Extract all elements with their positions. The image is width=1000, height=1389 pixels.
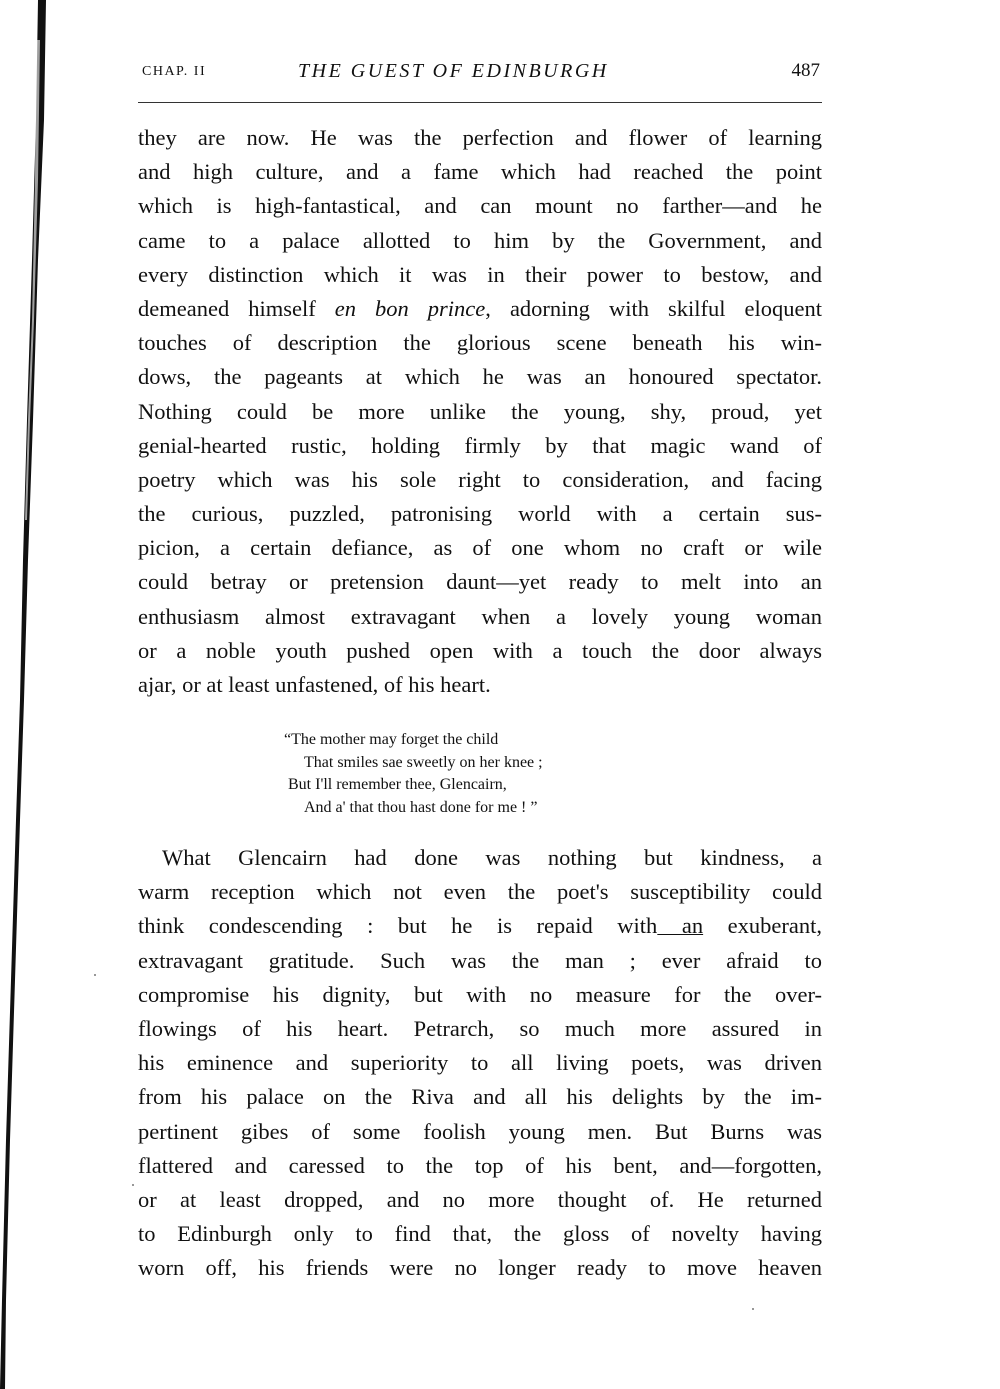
text-line: or at least dropped, and no more thought… xyxy=(138,1183,822,1217)
text-line: they are now. He was the perfection and … xyxy=(138,121,822,155)
text-line: flattered and caressed to the top of his… xyxy=(138,1149,822,1183)
text-run: think condescending : but he is repaid w… xyxy=(138,913,657,938)
text-line: genial-hearted rustic, holding firmly by… xyxy=(138,429,822,463)
text-line: could betray or pretension daunt—yet rea… xyxy=(138,565,822,599)
page-binding-edge xyxy=(0,0,60,1389)
text-run: demeaned himself xyxy=(138,296,335,321)
scan-speck xyxy=(752,1308,754,1310)
verse-line: But I'll remember thee, Glencairn, xyxy=(284,774,543,797)
running-head: CHAP. II THE GUEST OF EDINBURGH 487 xyxy=(138,58,822,92)
verse-quotation: “The mother may forget the child That sm… xyxy=(284,729,543,819)
text-line: every distinction which it was in their … xyxy=(138,258,822,292)
text-line: the curious, puzzled, patronising world … xyxy=(138,497,822,531)
paragraph-1: they are now. He was the perfection and … xyxy=(138,121,822,702)
text-line: extravagant gratitude. Such was the man … xyxy=(138,944,822,978)
text-line: picion, a certain defiance, as of one wh… xyxy=(138,531,822,565)
text-line: touches of description the glorious scen… xyxy=(138,326,822,360)
page-number: 487 xyxy=(792,60,821,82)
scan-speck xyxy=(94,974,96,976)
text-line-with-mark: think condescending : but he is repaid w… xyxy=(138,909,822,943)
text-line: Nothing could be more unlike the young, … xyxy=(138,395,822,429)
text-line: came to a palace allotted to him by the … xyxy=(138,224,822,258)
text-line: flowings of his heart. Petrarch, so much… xyxy=(138,1012,822,1046)
underlined-word: an xyxy=(657,913,703,938)
text-line-with-italic: demeaned himself en bon prince, adorning… xyxy=(138,292,822,326)
verse-line: And a' that thou hast done for me ! ” xyxy=(284,797,543,820)
text-run: , adorning with skilful eloquent xyxy=(485,296,822,321)
text-line: ajar, or at least unfastened, of his hea… xyxy=(138,668,822,702)
text-line: his eminence and superiority to all livi… xyxy=(138,1046,822,1080)
text-line: worn off, his friends were no longer rea… xyxy=(138,1251,822,1285)
text-line: and high culture, and a fame which had r… xyxy=(138,155,822,189)
text-line: compromise his dignity, but with no meas… xyxy=(138,978,822,1012)
verse-line: That smiles sae sweetly on her knee ; xyxy=(284,752,543,775)
text-line: pertinent gibes of some foolish young me… xyxy=(138,1115,822,1149)
chapter-label: CHAP. II xyxy=(142,64,206,80)
scan-speck xyxy=(132,1184,134,1186)
running-title: THE GUEST OF EDINBURGH xyxy=(298,60,609,83)
text-line: warm reception which not even the poet's… xyxy=(138,875,822,909)
text-line: or a noble youth pushed open with a touc… xyxy=(138,634,822,668)
text-line: poetry which was his sole right to consi… xyxy=(138,463,822,497)
text-line: What Glencairn had done was nothing but … xyxy=(138,841,822,875)
header-rule xyxy=(138,102,822,103)
verse-line: “The mother may forget the child xyxy=(284,729,543,752)
text-line: to Edinburgh only to find that, the glos… xyxy=(138,1217,822,1251)
text-line: from his palace on the Riva and all his … xyxy=(138,1080,822,1114)
italic-phrase: en bon prince xyxy=(335,296,486,321)
text-line: dows, the pageants at which he was an ho… xyxy=(138,360,822,394)
book-page: CHAP. II THE GUEST OF EDINBURGH 487 they… xyxy=(138,58,822,92)
text-line: which is high-fantastical, and can mount… xyxy=(138,189,822,223)
paragraph-2: What Glencairn had done was nothing but … xyxy=(138,841,822,1285)
text-run: exuberant, xyxy=(703,913,822,938)
text-line: enthusiasm almost extravagant when a lov… xyxy=(138,600,822,634)
